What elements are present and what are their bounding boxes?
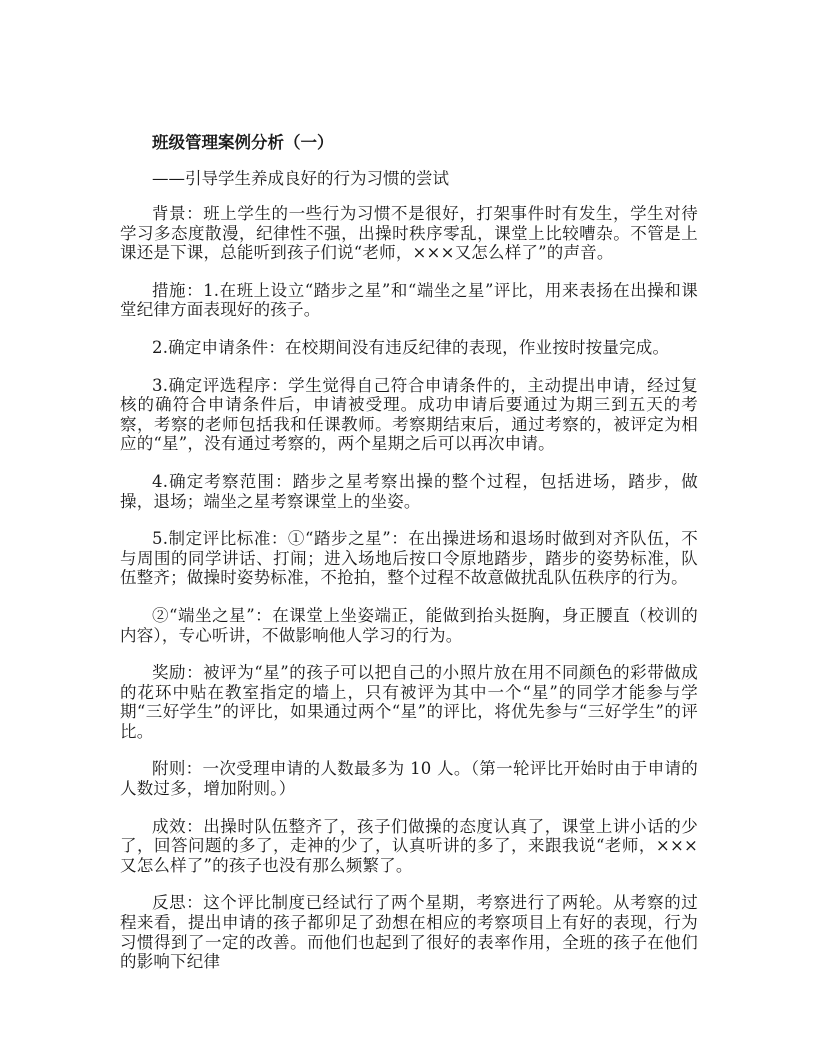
paragraph-measure-5: 5.制定评比标准：①“踏步之星”：在出操进场和退场时做到对齐队伍，不与周围的同学…: [120, 529, 698, 588]
paragraph-measure-4: 4.确定考察范围：踏步之星考察出操的整个过程，包括进场，踏步，做操，退场；端坐之…: [120, 472, 698, 511]
document-subtitle: ——引导学生养成良好的行为习惯的尝试: [120, 166, 698, 192]
document-page: 班级管理案例分析（一） ——引导学生养成良好的行为习惯的尝试 背景：班上学生的一…: [120, 130, 698, 990]
paragraph-reward: 奖励：被评为“星”的孩子可以把自己的小照片放在用不同颜色的彩带做成的花环中贴在教…: [120, 663, 698, 741]
paragraph-measure-3: 3.确定评选程序：学生觉得自己符合申请条件的，主动提出申请，经过复核的确符合申请…: [120, 376, 698, 454]
paragraph-results: 成效：出操时队伍整齐了，孩子们做操的态度认真了，课堂上讲小话的少了，回答问题的多…: [120, 817, 698, 876]
paragraph-measure-2: 2.确定申请条件：在校期间没有违反纪律的表现，作业按时按量完成。: [120, 338, 698, 358]
document-title: 班级管理案例分析（一）: [120, 130, 698, 156]
paragraph-measure-5b: ②“端坐之星”：在课堂上坐姿端正，能做到抬头挺胸，身正腰直（校训的内容），专心听…: [120, 606, 698, 645]
paragraph-measure-1: 措施：1.在班上设立“踏步之星”和“端坐之星”评比，用来表扬在出操和课堂纪律方面…: [120, 281, 698, 320]
paragraph-reflection: 反思：这个评比制度已经试行了两个星期，考察进行了两轮。从考察的过程来看，提出申请…: [120, 893, 698, 971]
paragraph-appendix: 附则：一次受理申请的人数最多为 10 人。（第一轮评比开始时由于申请的人数过多，…: [120, 759, 698, 798]
paragraph-background: 背景：班上学生的一些行为习惯不是很好，打架事件时有发生，学生对待学习多态度散漫，…: [120, 204, 698, 263]
